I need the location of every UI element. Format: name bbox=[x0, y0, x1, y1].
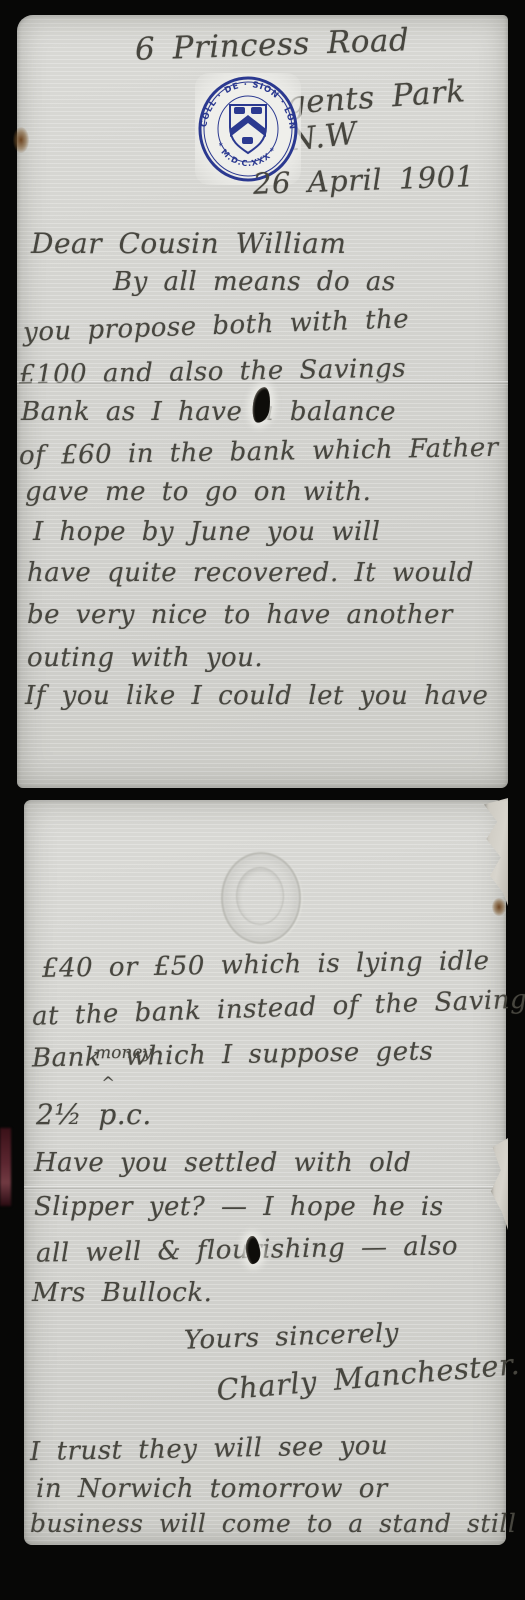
body-line-13: at the bank instead of the Savings bbox=[32, 984, 525, 1032]
inserted-word: money bbox=[95, 1042, 152, 1063]
edge-stain-2 bbox=[492, 898, 506, 916]
insertion-caret-icon: ^ bbox=[101, 1073, 115, 1092]
postscript-line-1: I trust they will see you bbox=[30, 1431, 389, 1467]
fold-crease bbox=[17, 381, 508, 385]
background-red-sliver bbox=[0, 1128, 11, 1206]
letter-page-2: £40 or £50 which is lying idle at the ba… bbox=[24, 800, 506, 1545]
body-line-12: £40 or £50 which is lying idle bbox=[42, 946, 490, 984]
embossed-seal-inner bbox=[236, 867, 284, 925]
address-line-1: 6 Princess Road bbox=[134, 22, 409, 68]
torn-edge-right bbox=[490, 1138, 508, 1230]
body-line-7: I hope by June you will bbox=[33, 517, 380, 547]
insert-line-post: which I suppose gets bbox=[125, 1036, 434, 1071]
body-line-2: you propose both with the bbox=[23, 304, 410, 347]
body-line-16: Have you settled with old bbox=[34, 1148, 411, 1178]
postscript-line-3: business will come to a stand still bbox=[30, 1509, 516, 1538]
seal-charge-3 bbox=[242, 137, 253, 144]
body-line-5: of £60 in the bank which Father bbox=[19, 433, 499, 471]
signature: Charly Manchester. bbox=[215, 1347, 521, 1407]
embossed-seal-icon bbox=[221, 852, 301, 944]
body-line-14: Bankmoney^which I suppose gets bbox=[32, 1036, 434, 1073]
body-line-11: If you like I could let you have bbox=[25, 681, 488, 711]
fold-crease-2 bbox=[24, 1186, 506, 1190]
insert-line-pre: Bank bbox=[32, 1042, 102, 1073]
seal-charge-2 bbox=[251, 107, 262, 114]
body-line-9: be very nice to have another bbox=[27, 600, 453, 630]
postscript-line-2: in Norwich tomorrow or bbox=[36, 1474, 388, 1504]
body-line-4: Bank as I have a balance bbox=[21, 397, 396, 427]
body-line-1: By all means do as bbox=[113, 267, 396, 297]
body-line-6: gave me to go on with. bbox=[25, 477, 371, 507]
body-line-8: have quite recovered. It would bbox=[27, 558, 474, 588]
body-line-10: outing with you. bbox=[27, 643, 263, 673]
body-line-17: Slipper yet? — I hope he is bbox=[34, 1192, 444, 1222]
seal-charge-1 bbox=[234, 107, 245, 114]
edge-stain bbox=[13, 127, 29, 153]
body-line-19: Mrs Bullock. bbox=[32, 1278, 212, 1308]
salutation: Dear Cousin William bbox=[31, 227, 346, 260]
closing-line: Yours sincerely bbox=[184, 1318, 400, 1355]
torn-edge-top-right bbox=[484, 798, 508, 906]
letter-page-1: 6 Princess Road Regents Park N.W COLL · … bbox=[17, 15, 508, 788]
body-line-15: 2½ p.c. bbox=[36, 1098, 152, 1131]
date-line: 26 April 1901 bbox=[252, 159, 475, 201]
